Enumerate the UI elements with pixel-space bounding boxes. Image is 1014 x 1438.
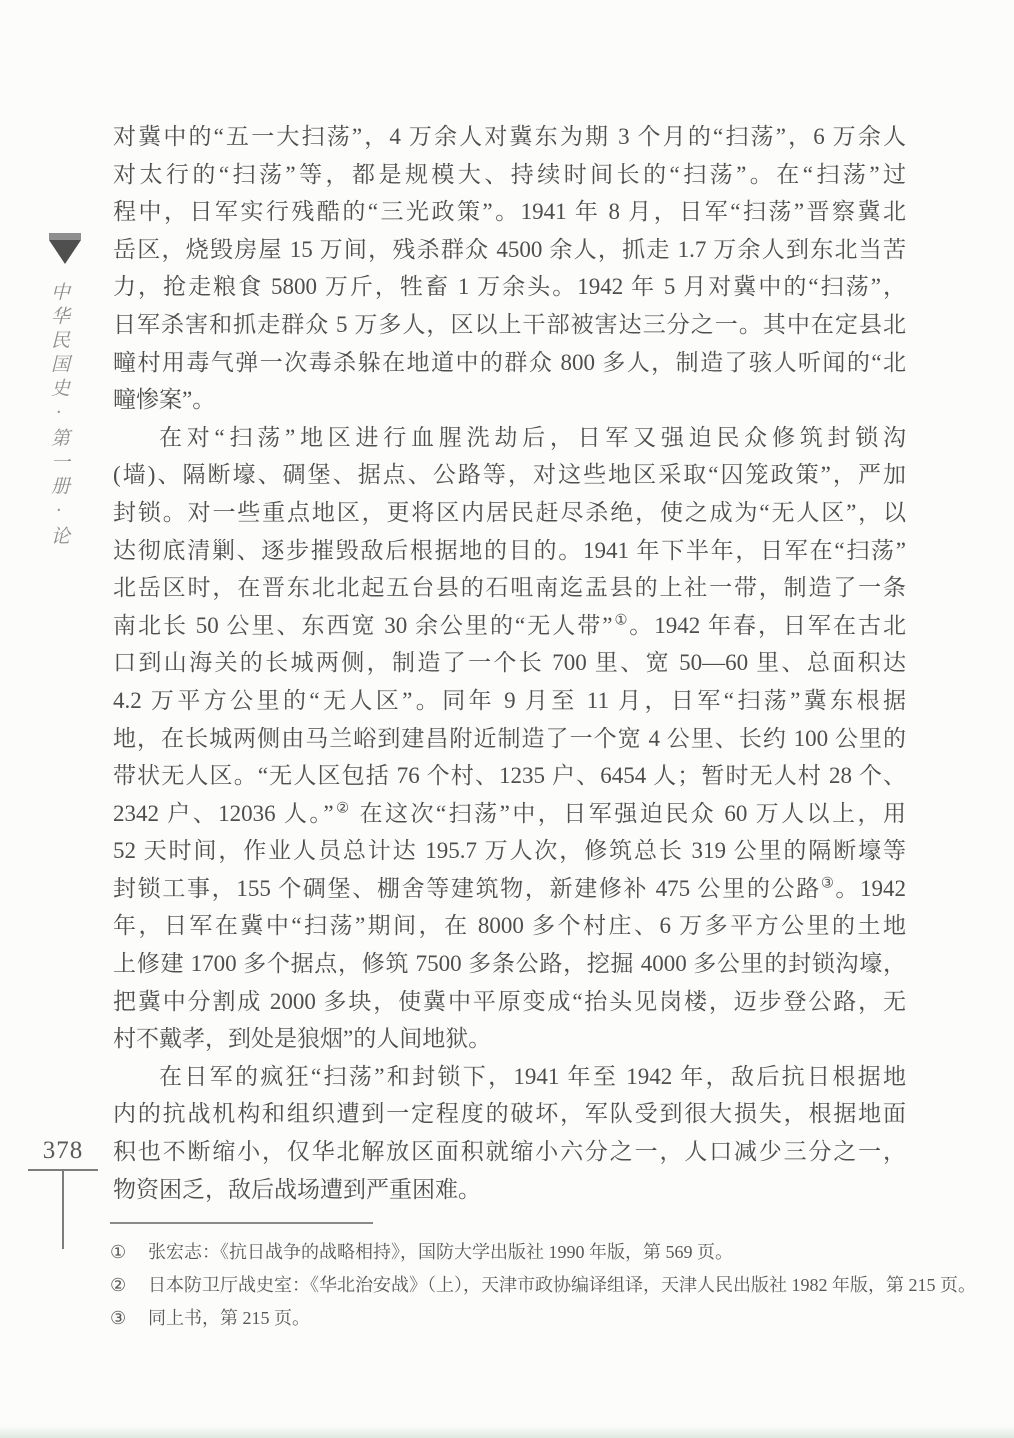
body-text-line: 把冀中分割成 2000 多块，使冀中平原变成“抬头见岗楼，迈步登公路，无 <box>113 983 906 1021</box>
body-text-line: 南北长 50 公里、东西宽 30 余公里的“无人带”①。1942 年春，日军在古… <box>113 607 906 645</box>
body-text-line: 岳区，烧毁房屋 15 万间，残杀群众 4500 余人，抓走 1.7 万余人到东北… <box>113 231 906 269</box>
section-marker-triangle-icon <box>49 233 81 240</box>
body-text-line: 口到山海关的长城两侧，制造了一个长 700 里、宽 50—60 里、总面积达 <box>113 644 906 682</box>
body-text-line: 封锁。对一些重点地区，更将区内居民赶尽杀绝，使之成为“无人区”，以 <box>113 494 906 532</box>
footnote-item: ② 日本防卫厅战史室：《华北治安战》（上），天津市政协编译组译，天津人民出版社 … <box>110 1269 950 1302</box>
footnote-text: 张宏志：《抗日战争的战略相持》，国防大学出版社 1990 年版，第 569 页。 <box>148 1236 733 1269</box>
body-text-line: 疃惨案”。 <box>113 381 906 419</box>
page-number-block: 378 <box>25 1136 101 1249</box>
body-text-line: 积也不断缩小，仅华北解放区面积就缩小六分之一，人口减少三分之一， <box>113 1133 906 1171</box>
body-text-line: 疃村用毒气弹一次毒杀躲在地道中的群众 800 多人，制造了骇人听闻的“北 <box>113 344 906 382</box>
body-text-line: 年，日军在冀中“扫荡”期间，在 8000 多个村庄、6 万多平方公里的土地 <box>113 907 906 945</box>
footnotes: ① 张宏志：《抗日战争的战略相持》，国防大学出版社 1990 年版，第 569 … <box>110 1236 950 1335</box>
body-text-line: 内的抗战机构和组织遭到一定程度的破坏，军队受到很大损失，根据地面 <box>113 1095 906 1133</box>
body-text-line: 52 天时间，作业人员总计达 195.7 万人次，修筑总长 319 公里的隔断壕… <box>113 832 906 870</box>
page-number-stem <box>62 1171 64 1249</box>
body-text-line: 对冀中的“五一大扫荡”，4 万余人对冀东为期 3 个月的“扫荡”，6 万余人 <box>113 118 906 156</box>
book-page: 中华民国史·第一册·论 对冀中的“五一大扫荡”，4 万余人对冀东为期 3 个月的… <box>0 0 1014 1438</box>
body-text-line: 上修建 1700 多个据点，修筑 7500 多条公路，挖掘 4000 多公里的封… <box>113 945 906 983</box>
body-text-line: 物资困乏，敌后战场遭到严重困难。 <box>113 1171 906 1209</box>
body-text-line: 封锁工事，155 个碉堡、棚舍等建筑物，新建修补 475 公里的公路③。1942 <box>113 870 906 908</box>
body-text-line: 地，在长城两侧由马兰峪到建昌附近制造了一个宽 4 公里、长约 100 公里的 <box>113 720 906 758</box>
footnote-marker: ③ <box>110 1302 132 1335</box>
body-text-line: 4.2 万平方公里的“无人区”。同年 9 月至 11 月，日军“扫荡”冀东根据 <box>113 682 906 720</box>
footnote-item: ③ 同上书，第 215 页。 <box>110 1302 950 1335</box>
body-text-line: 村不戴孝，到处是狼烟”的人间地狱。 <box>113 1020 906 1058</box>
footnote-ref-marker: ③ <box>821 875 835 891</box>
body-text-line: 北岳区时，在晋东北北起五台县的石咀南迄盂县的上社一带，制造了一条 <box>113 569 906 607</box>
body-text-line: 2342 户、12036 人。”② 在这次“扫荡”中，日军强迫民众 60 万人以… <box>113 795 906 833</box>
body-text-line: 在日军的疯狂“扫荡”和封锁下，1941 年至 1942 年，敌后抗日根据地 <box>113 1058 906 1096</box>
body-text-line: 程中，日军实行残酷的“三光政策”。1941 年 8 月，日军“扫荡”晋察冀北 <box>113 193 906 231</box>
footnote-marker: ① <box>110 1236 132 1269</box>
body-text-line: 带状无人区。“无人区包括 76 个村、1235 户、6454 人；暂时无人村 2… <box>113 757 906 795</box>
footnote-text: 日本防卫厅战史室：《华北治安战》（上），天津市政协编译组译，天津人民出版社 19… <box>148 1269 976 1302</box>
body-text-line: (墙)、隔断壕、碉堡、据点、公路等，对这些地区采取“囚笼政策”，严加 <box>113 456 906 494</box>
footnote-ref-marker: ② <box>334 800 352 816</box>
body-text-line: 达彻底清剿、逐步摧毁敌后根据地的目的。1941 年下半年，日军在“扫荡” <box>113 532 906 570</box>
paragraph: 对冀中的“五一大扫荡”，4 万余人对冀东为期 3 个月的“扫荡”，6 万余人对太… <box>113 118 906 419</box>
body-text: 对冀中的“五一大扫荡”，4 万余人对冀东为期 3 个月的“扫荡”，6 万余人对太… <box>113 118 906 1208</box>
page-number: 378 <box>25 1136 101 1166</box>
book-spine-title: 中华民国史·第一册·论 <box>45 282 72 550</box>
scan-edge-tint <box>0 1426 1014 1438</box>
footnote-ref-marker: ① <box>612 612 629 628</box>
footnote-text: 同上书，第 215 页。 <box>148 1302 310 1335</box>
footnote-item: ① 张宏志：《抗日战争的战略相持》，国防大学出版社 1990 年版，第 569 … <box>110 1236 950 1269</box>
footnote-separator <box>110 1222 373 1224</box>
body-text-line: 日军杀害和抓走群众 5 万多人，区以上干部被害达三分之一。其中在定县北 <box>113 306 906 344</box>
paragraph: 在对“扫荡”地区进行血腥洗劫后，日军又强迫民众修筑封锁沟(墙)、隔断壕、碉堡、据… <box>113 419 906 1058</box>
footnote-marker: ② <box>110 1269 132 1302</box>
section-marker-triangle-icon <box>49 240 81 264</box>
paragraph: 在日军的疯狂“扫荡”和封锁下，1941 年至 1942 年，敌后抗日根据地内的抗… <box>113 1058 906 1208</box>
body-text-line: 对太行的“扫荡”等，都是规模大、持续时间长的“扫荡”。在“扫荡”过 <box>113 156 906 194</box>
body-text-line: 在对“扫荡”地区进行血腥洗劫后，日军又强迫民众修筑封锁沟 <box>113 419 906 457</box>
body-text-line: 力，抢走粮食 5800 万斤，牲畜 1 万余头。1942 年 5 月对冀中的“扫… <box>113 268 906 306</box>
